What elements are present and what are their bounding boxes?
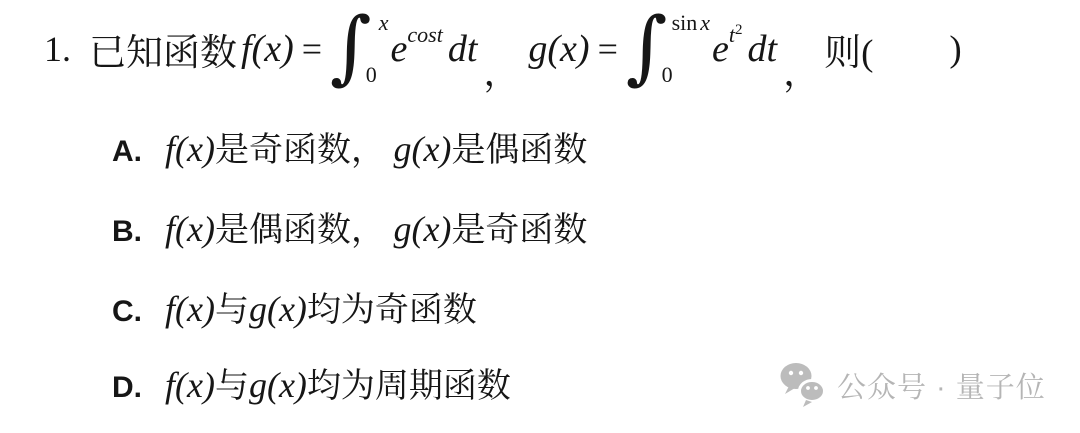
g-base: e [712, 28, 729, 70]
g-equals: = [598, 28, 618, 70]
f-lhs: f(x) [241, 27, 294, 71]
g-upper-limit-fn: sin [672, 12, 698, 34]
f-integrand: ecostdt [391, 30, 478, 68]
option-b-label: B. [112, 215, 148, 249]
option-d: D. f(x)与g(x)均为周期函数 [112, 358, 511, 407]
option-a-text: f(x)是奇函数， g(x)是偶函数 [165, 122, 587, 171]
question-number: 1. [44, 28, 71, 70]
comma-1: ， [483, 42, 520, 96]
option-a-label: A. [112, 135, 148, 169]
option-a: A. f(x)是奇函数， g(x)是偶函数 [112, 122, 587, 171]
f-integral: ∫ x 0 [330, 10, 388, 88]
integral-icon: ∫ [330, 11, 372, 83]
f-base: e [391, 28, 408, 70]
g-exp-power: 2 [735, 22, 743, 38]
math-question-page: 1. 已知函数 f(x) = ∫ x 0 ecostdt ， g(x) = ∫ [0, 0, 1080, 433]
comma-2: ， [783, 42, 820, 96]
g-upper-limit-var: x [700, 12, 710, 34]
conclusion-close: ) [949, 28, 961, 71]
watermark-text: 公众号 · 量子位 [837, 365, 1046, 406]
f-differential: dt [448, 28, 478, 70]
option-c: C. f(x)与g(x)均为奇函数 [112, 282, 477, 331]
option-c-text: f(x)与g(x)均为奇函数 [165, 282, 477, 331]
option-d-label: D. [112, 371, 148, 405]
g-integrand: et2dt [712, 30, 777, 68]
g-definition: g(x) = ∫ sinx 0 et2dt [528, 10, 777, 88]
wechat-icon [779, 362, 827, 408]
g-differential: dt [748, 28, 778, 70]
g-lhs: g(x) [528, 27, 589, 71]
watermark: 公众号 · 量子位 [779, 362, 1046, 408]
question-line: 1. 已知函数 f(x) = ∫ x 0 ecostdt ， g(x) = ∫ [44, 2, 962, 96]
f-equals: = [302, 28, 322, 70]
option-b: B. f(x)是偶函数， g(x)是奇函数 [112, 202, 587, 251]
integral-icon: ∫ [626, 11, 668, 83]
option-d-text: f(x)与g(x)均为周期函数 [165, 358, 511, 407]
option-b-text: f(x)是偶函数， g(x)是奇函数 [165, 202, 587, 251]
g-integral: ∫ sinx 0 [626, 10, 710, 88]
question-intro: 已知函数 [89, 22, 237, 76]
f-upper-limit: x [379, 12, 389, 34]
option-c-label: C. [112, 295, 148, 329]
f-exponent: cost [407, 22, 442, 47]
conclusion-open: 则( [824, 22, 873, 76]
f-definition: f(x) = ∫ x 0 ecostdt [241, 10, 477, 88]
